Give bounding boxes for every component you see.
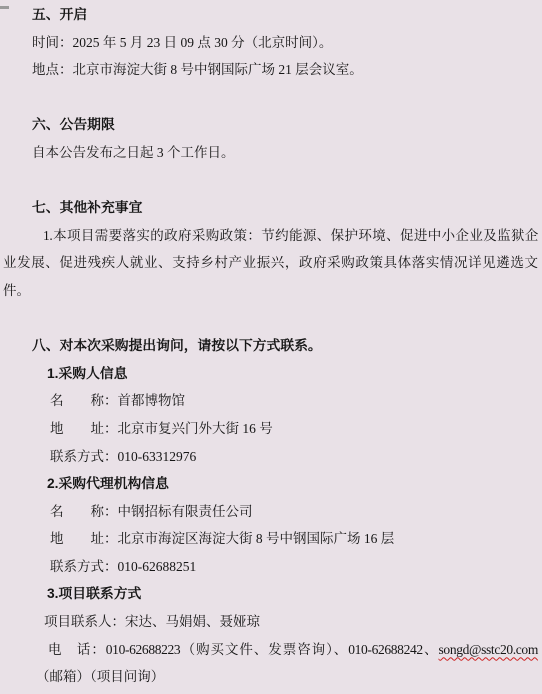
page-edge-mark [0, 6, 9, 9]
agency-address-line: 地 址：北京市海淀区海淀大街 8 号中钢国际广场 16 层 [3, 525, 538, 553]
blank-line [3, 305, 538, 333]
project-email: songd@sstc20.com [439, 642, 538, 657]
project-contacts-line: 项目联系人：宋达、马娟娟、聂娅琼 [3, 608, 538, 636]
project-contact-heading: 3.项目联系方式 [3, 580, 538, 608]
agency-phone-line: 联系方式：010-62688251 [3, 553, 538, 581]
opening-time-line: 时间：2025 年 5 月 23 日 09 点 30 分（北京时间）。 [3, 29, 538, 57]
purchaser-phone-line: 联系方式：010-63312976 [3, 443, 538, 471]
section-6-heading: 六、公告期限 [3, 111, 538, 139]
project-phone-line: 电 话：010-62688223（购买文件、发票咨询）、010-62688242… [3, 636, 538, 664]
document-page: 五、开启 时间：2025 年 5 月 23 日 09 点 30 分（北京时间）。… [0, 0, 542, 694]
purchaser-name-line: 名 称：首都博物馆 [3, 387, 538, 415]
project-phone-text: 电 话：010-62688223（购买文件、发票咨询）、010-62688242… [48, 642, 439, 657]
announcement-period-line: 自本公告发布之日起 3 个工作日。 [3, 139, 538, 167]
project-phone-wrap-line: （邮箱）（项目问询） [3, 663, 538, 691]
section-8-heading: 八、对本次采购提出询问，请按以下方式联系。 [3, 332, 538, 360]
purchaser-info-heading: 1.采购人信息 [3, 360, 538, 388]
agency-name-line: 名 称：中钢招标有限责任公司 [3, 498, 538, 526]
purchaser-address-line: 地 址：北京市复兴门外大街 16 号 [3, 415, 538, 443]
policy-paragraph-line-2: 业发展、促进残疾人就业、支持乡村产业振兴，政府采购政策具体落实情况详见遴选文 [3, 249, 538, 277]
agency-info-heading: 2.采购代理机构信息 [3, 470, 538, 498]
blank-line [3, 167, 538, 195]
policy-paragraph-line-1: 1.本项目需要落实的政府采购政策：节约能源、保护环境、促进中小企业及监狱企 [3, 222, 538, 250]
policy-paragraph-line-3: 件。 [3, 277, 538, 305]
blank-line [3, 84, 538, 112]
section-7-heading: 七、其他补充事宜 [3, 194, 538, 222]
section-5-heading: 五、开启 [3, 1, 538, 29]
opening-place-line: 地点：北京市海淀大街 8 号中钢国际广场 21 层会议室。 [3, 56, 538, 84]
